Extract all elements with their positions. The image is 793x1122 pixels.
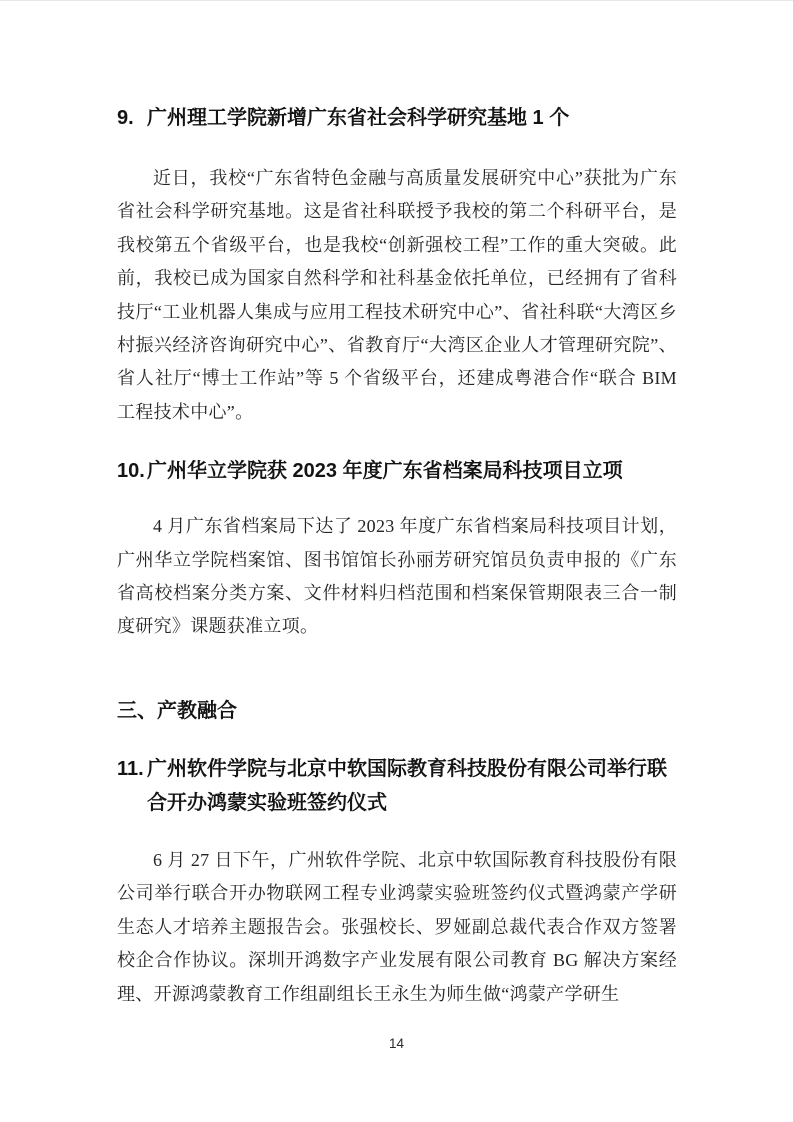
- page-footer: 14: [0, 1035, 793, 1053]
- item-11-number: 11.: [117, 752, 147, 786]
- item-10-title: 广州华立学院获 2023 年度广东省档案局科技项目立项: [147, 454, 677, 488]
- document-page: 9. 广州理工学院新增广东省社会科学研究基地 1 个 近日，我校“广东省特色金融…: [0, 0, 793, 1122]
- news-item-10: 10. 广州华立学院获 2023 年度广东省档案局科技项目立项 4 月广东省档案…: [117, 454, 677, 644]
- item-10-paragraph: 4 月广东省档案局下达了 2023 年度广东省档案局科技项目计划，广州华立学院档…: [117, 510, 677, 644]
- item-10-heading: 10. 广州华立学院获 2023 年度广东省档案局科技项目立项: [117, 454, 677, 488]
- item-11-paragraph: 6 月 27 日下午，广州软件学院、北京中软国际教育科技股份有限公司举行联合开办…: [117, 844, 677, 1011]
- item-11-heading: 11. 广州软件学院与北京中软国际教育科技股份有限公司举行联合开办鸿蒙实验班签约…: [117, 752, 677, 820]
- news-item-11: 11. 广州软件学院与北京中软国际教育科技股份有限公司举行联合开办鸿蒙实验班签约…: [117, 752, 677, 1011]
- section-heading-3: 三、产教融合: [117, 694, 677, 728]
- news-item-9: 9. 广州理工学院新增广东省社会科学研究基地 1 个 近日，我校“广东省特色金融…: [117, 101, 677, 429]
- item-9-number: 9.: [117, 101, 147, 135]
- item-9-heading: 9. 广州理工学院新增广东省社会科学研究基地 1 个: [117, 101, 677, 135]
- item-9-paragraph: 近日，我校“广东省特色金融与高质量发展研究中心”获批为广东省社会科学研究基地。这…: [117, 162, 677, 429]
- item-9-title: 广州理工学院新增广东省社会科学研究基地 1 个: [147, 101, 677, 135]
- item-11-title: 广州软件学院与北京中软国际教育科技股份有限公司举行联合开办鸿蒙实验班签约仪式: [147, 752, 677, 820]
- page-number: 14: [389, 1036, 404, 1051]
- item-10-number: 10.: [117, 454, 147, 488]
